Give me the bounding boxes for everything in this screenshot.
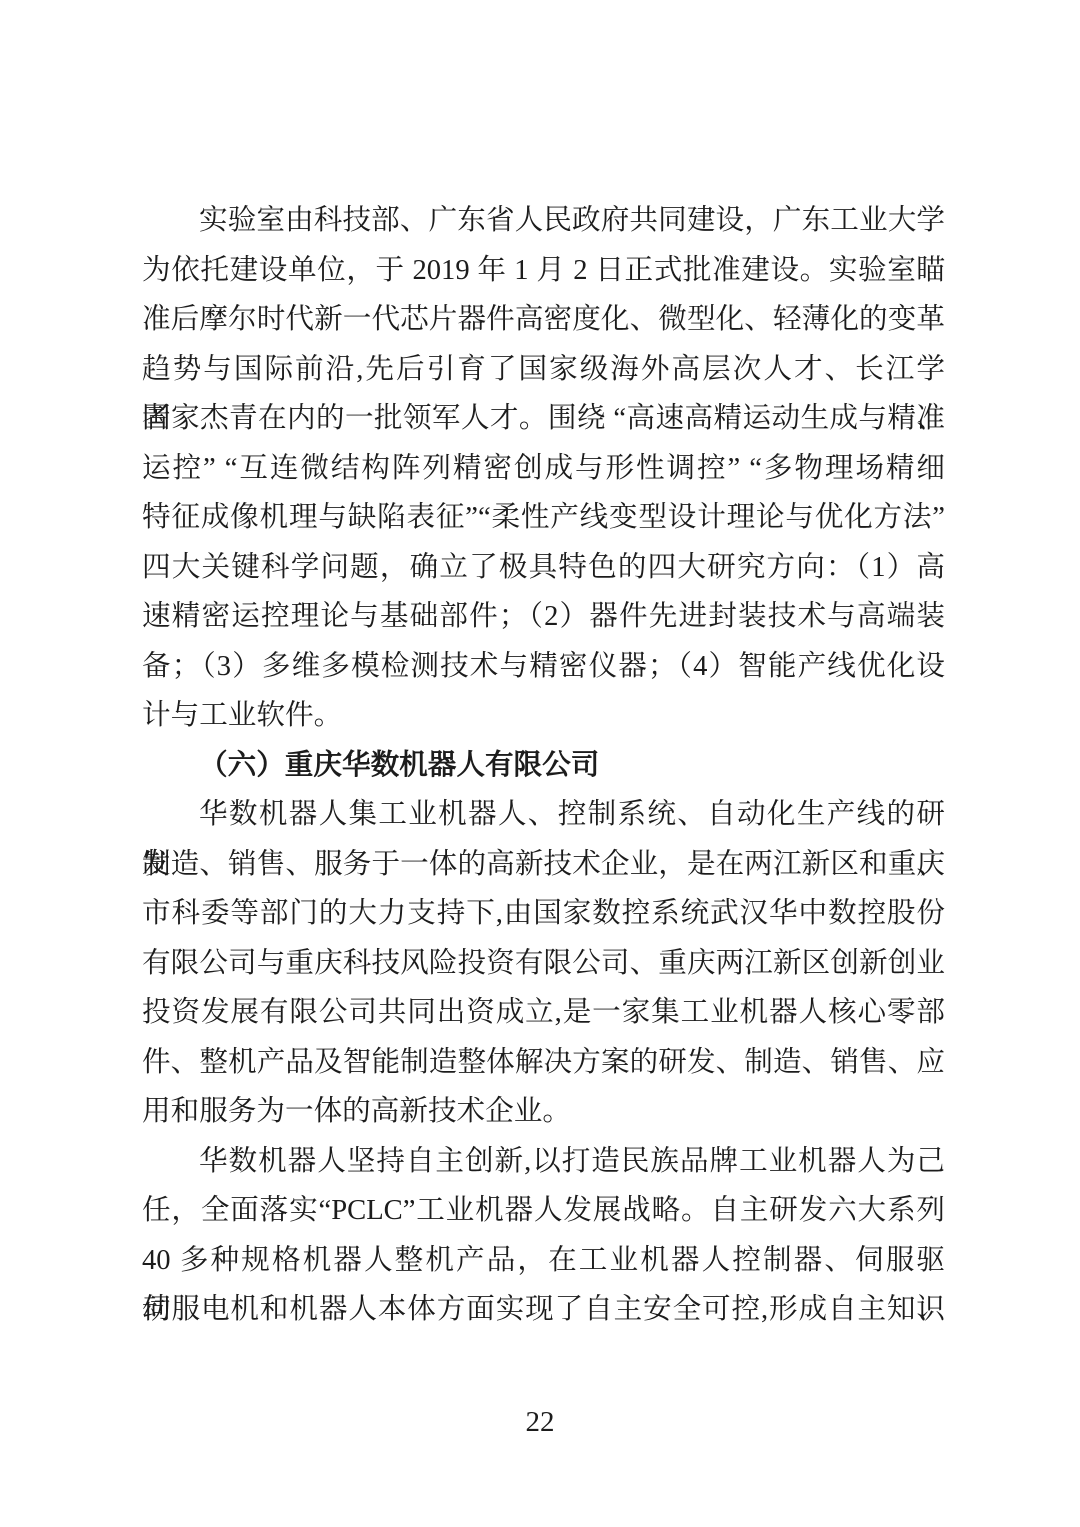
text-line: 实验室由科技部、广东省人民政府共同建设，广东工业大学 — [142, 196, 945, 246]
text-block: 实验室由科技部、广东省人民政府共同建设，广东工业大学为依托建设单位，于 2019… — [142, 196, 945, 1335]
text-line: 伺服电机和机器人本体方面实现了自主安全可控,形成自主知识 — [142, 1285, 945, 1335]
text-line: 国家杰青在内的一批领军人才。围绕 “高速高精运动生成与精准 — [142, 394, 945, 444]
text-line: 投资发展有限公司共同出资成立,是一家集工业机器人核心零部 — [142, 988, 945, 1038]
text-line: 市科委等部门的大力支持下,由国家数控系统武汉华中数控股份 — [142, 889, 945, 939]
text-line: 华数机器人集工业机器人、控制系统、自动化生产线的研发、 — [142, 790, 945, 840]
text-line: 趋势与国际前沿,先后引育了国家级海外高层次人才、长江学者、 — [142, 345, 945, 395]
text-line: 特征成像机理与缺陷表征”“柔性产线变型设计理论与优化方法” — [142, 493, 945, 543]
text-line: 准后摩尔时代新一代芯片器件高密度化、微型化、轻薄化的变革 — [142, 295, 945, 345]
text-line: 计与工业软件。 — [142, 691, 945, 741]
text-line: 任，全面落实“PCLC”工业机器人发展战略。自主研发六大系列 — [142, 1186, 945, 1236]
text-line: 运控” “互连微结构阵列精密创成与形性调控” “多物理场精细 — [142, 444, 945, 494]
section-heading: （六）重庆华数机器人有限公司 — [142, 741, 945, 791]
document-page: 实验室由科技部、广东省人民政府共同建设，广东工业大学为依托建设单位，于 2019… — [0, 0, 1080, 1527]
text-line: 四大关键科学问题，确立了极具特色的四大研究方向：（1）高 — [142, 543, 945, 593]
text-line: 有限公司与重庆科技风险投资有限公司、重庆两江新区创新创业 — [142, 939, 945, 989]
text-line: 40 多种规格机器人整机产品，在工业机器人控制器、伺服驱动、 — [142, 1236, 945, 1286]
text-line: 速精密运控理论与基础部件；（2）器件先进封装技术与高端装 — [142, 592, 945, 642]
page-number: 22 — [0, 1406, 1080, 1439]
text-line: 备；（3）多维多模检测技术与精密仪器；（4）智能产线优化设 — [142, 642, 945, 692]
text-line: 用和服务为一体的高新技术企业。 — [142, 1087, 945, 1137]
text-line: 华数机器人坚持自主创新,以打造民族品牌工业机器人为己 — [142, 1137, 945, 1187]
text-line: 为依托建设单位，于 2019 年 1 月 2 日正式批准建设。实验室瞄 — [142, 246, 945, 296]
text-line: 制造、销售、服务于一体的高新技术企业，是在两江新区和重庆 — [142, 840, 945, 890]
text-line: 件、整机产品及智能制造整体解决方案的研发、制造、销售、应 — [142, 1038, 945, 1088]
